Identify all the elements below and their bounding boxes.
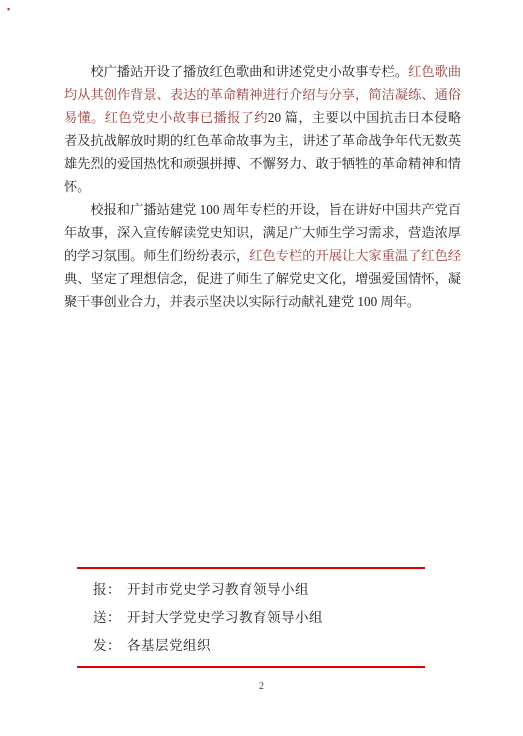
highlighted-text-segment: 红色专栏的开展让大家重温了红色经 (249, 248, 461, 263)
distribution-label: 报： (93, 582, 121, 597)
corner-mark: ▪ (7, 5, 15, 13)
page-number: 2 (0, 681, 523, 692)
text-segment: 典、坚定了理想信念，促进了师生了解党史文化，增强爱国情怀，凝聚干事创业合力，并表… (64, 271, 461, 309)
distribution-row-song: 送：开封大学党史学习教育领导小组 (93, 604, 425, 632)
paragraph-1: 校广播站开设了播放红色歌曲和讲述党史小故事专栏。红色歌曲均从其创作背景、表达的革… (64, 60, 461, 198)
distribution-row-bao: 报：开封市党史学习教育领导小组 (93, 576, 425, 604)
text-segment: 校广播站开设了播放红色歌曲和讲述党史小故事专栏。 (90, 64, 408, 79)
document-page: ▪ 校广播站开设了播放红色歌曲和讲述党史小故事专栏。红色歌曲均从其创作背景、表达… (0, 0, 523, 736)
distribution-label: 送： (93, 610, 121, 625)
distribution-label: 发： (93, 638, 121, 653)
distribution-footer: 报：开封市党史学习教育领导小组 送：开封大学党史学习教育领导小组 发：各基层党组… (77, 567, 425, 668)
distribution-value: 各基层党组织 (127, 638, 211, 653)
paragraph-2: 校报和广播站建党 100 周年专栏的开设，旨在讲好中国共产党百年故事，深入宣传解… (64, 198, 461, 313)
distribution-value: 开封市党史学习教育领导小组 (127, 582, 309, 597)
document-body: 校广播站开设了播放红色歌曲和讲述党史小故事专栏。红色歌曲均从其创作背景、表达的革… (64, 60, 461, 313)
distribution-row-fa: 发：各基层党组织 (93, 632, 425, 660)
distribution-value: 开封大学党史学习教育领导小组 (127, 610, 323, 625)
